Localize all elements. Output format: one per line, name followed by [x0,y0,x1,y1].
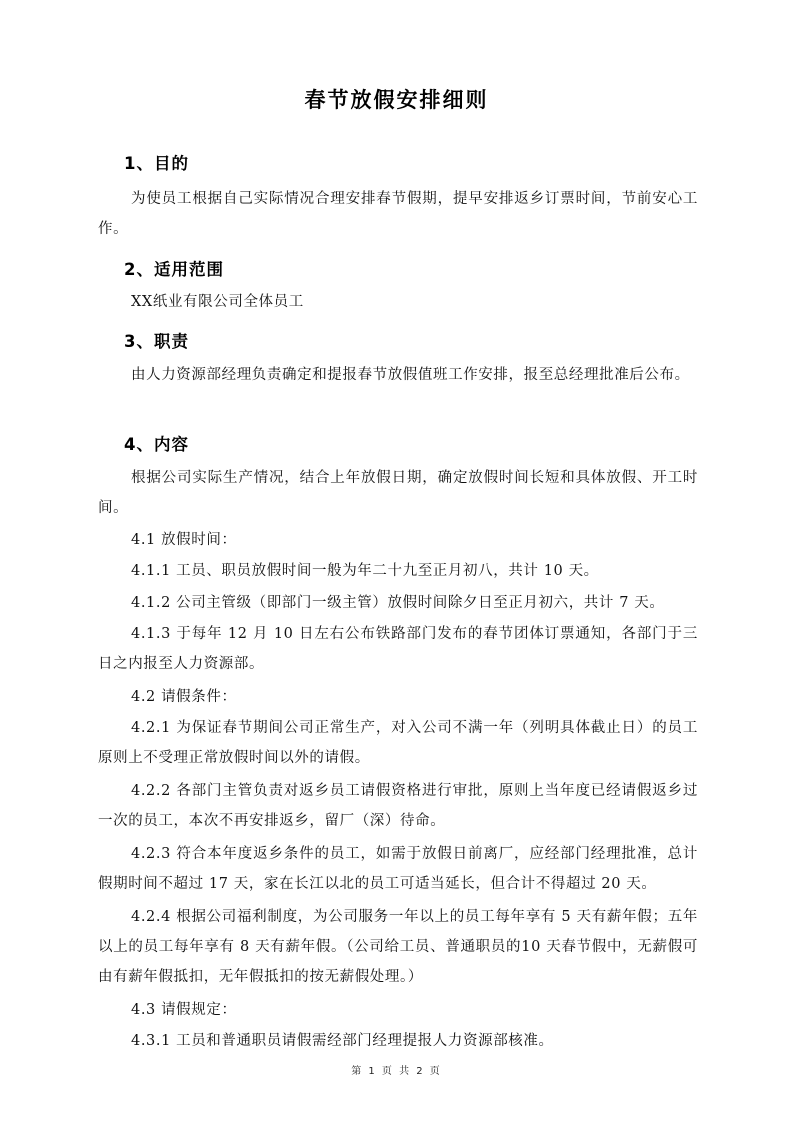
document-page: 春节放假安排细则 1、目的 为使员工根据自己实际情况合理安排春节假期，提早安排返… [0,0,793,1122]
paragraph-4-2: 4.2 请假条件： [98,682,698,712]
paragraph-4-2-1: 4.2.1 为保证春节期间公司正常生产，对入公司不满一年（列明具体截止日）的员工… [98,713,698,773]
paragraph-4-3: 4.3 请假规定： [98,995,698,1025]
paragraph-4-2-2: 4.2.2 各部门主管负责对返乡员工请假资格进行审批，原则上当年度已经请假返乡过… [98,776,698,836]
section-heading-content: 4、内容 [124,431,189,455]
paragraph-4-2-4: 4.2.4 根据公司福利制度，为公司服务一年以上的员工每年享有 5 天有薪年假；… [98,902,698,992]
paragraph-4-2-3: 4.2.3 符合本年度返乡条件的员工，如需于放假日前离厂，应经部门经理批准，总计… [98,839,698,899]
paragraph-4-1-1: 4.1.1 工员、职员放假时间一般为年二十九至正月初八，共计 10 天。 [98,556,698,586]
paragraph-scope: XX纸业有限公司全体员工 [98,287,698,317]
document-title: 春节放假安排细则 [0,84,793,114]
section-heading-purpose: 1、目的 [124,150,189,174]
paragraph-4-1: 4.1 放假时间： [98,525,698,555]
section-heading-duty: 3、职责 [124,328,189,352]
paragraph-4-1-2: 4.1.2 公司主管级（即部门一级主管）放假时间除夕日至正月初六，共计 7 天。 [98,588,698,618]
page-number-footer: 第 1 页 共 2 页 [0,1062,793,1077]
paragraph-purpose: 为使员工根据自己实际情况合理安排春节假期，提早安排返乡订票时间，节前安心工作。 [98,184,698,244]
section-heading-scope: 2、适用范围 [124,256,224,280]
paragraph-duty: 由人力资源部经理负责确定和提报春节放假值班工作安排，报至总经理批准后公布。 [98,360,698,390]
paragraph-4-3-1: 4.3.1 工员和普通职员请假需经部门经理提报人力资源部核准。 [98,1026,698,1056]
paragraph-4-1-3: 4.1.3 于每年 12 月 10 日左右公布铁路部门发布的春节团体订票通知，各… [98,619,698,679]
paragraph-content-intro: 根据公司实际生产情况，结合上年放假日期，确定放假时间长短和具体放假、开工时间。 [98,463,698,523]
